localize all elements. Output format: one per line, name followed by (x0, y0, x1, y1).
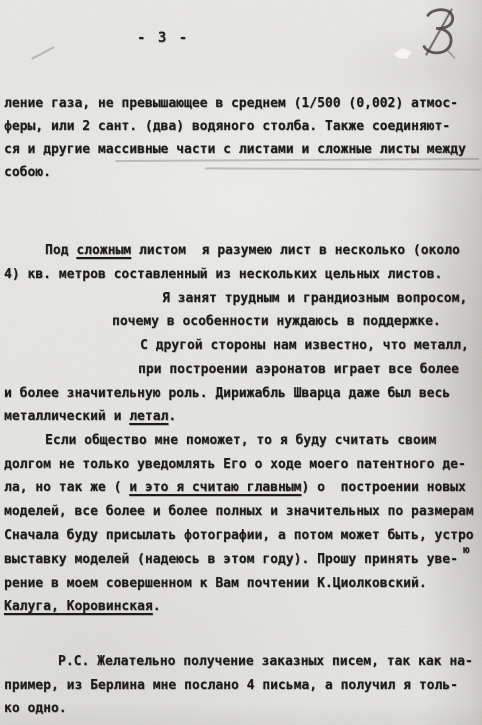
text-segment: 4) кв. метров составленный из нескольких… (4, 267, 442, 282)
text-segment: . (153, 599, 161, 614)
text-line: выставку моделей (надеюсь в этом году). … (4, 552, 458, 568)
text-segment: ление газа, не превышающее в среднем (1/… (4, 96, 458, 111)
text-line: С другой стороны нам известно, что метал… (140, 338, 469, 354)
scanned-letter-page: - 3 - 3 ление газа, не превышающее в сре… (0, 0, 482, 725)
text-line: ся и другие массивные части с листами и … (4, 142, 466, 158)
underlined-text-segment: сложным (76, 243, 131, 258)
text-segment: выставку моделей (надеюсь в этом году). … (4, 552, 458, 567)
text-line: Калуга, Коровинская. (4, 599, 161, 615)
text-line: рение в моем совершенном к Вам почтении … (4, 576, 427, 592)
text-segment: Если общество мне поможет, то я буду счи… (45, 433, 436, 448)
text-segment: почему в особенности нуждаюсь в поддержк… (112, 314, 441, 329)
text-line: собою. (4, 165, 51, 181)
text-segment: феры, или 2 сант. (два) водяного столба.… (4, 119, 450, 134)
text-segment: ла, но так же ( (4, 480, 129, 495)
text-line: Если общество мне поможет, то я буду счи… (45, 433, 436, 449)
underlined-text-segment: и это я считаю главным (129, 480, 301, 495)
text-segment: металлический и (4, 409, 129, 424)
text-segment: рение в моем совершенном к Вам почтении … (4, 576, 427, 591)
text-line: при построении аэронатов играет все боле… (138, 362, 459, 378)
text-segment: собою. (4, 165, 51, 180)
text-segment: моделей, все более и более полных и знач… (4, 504, 474, 519)
text-segment: Под (45, 243, 76, 258)
inserted-char: ю (463, 543, 470, 556)
text-segment: ко одно. (4, 701, 67, 716)
text-segment: при построении аэронатов играет все боле… (138, 362, 459, 377)
text-line: ление газа, не превышающее в среднем (1/… (4, 96, 458, 112)
text-segment: С другой стороны нам известно, что метал… (140, 338, 469, 353)
text-line: ко одно. (4, 701, 67, 717)
text-line: моделей, все более и более полных и знач… (4, 504, 474, 520)
text-line: Сначала буду присылать фотографии, а пот… (4, 528, 474, 544)
text-line: Под сложным листом я разумею лист в неск… (45, 243, 460, 259)
text-line: Р.С. Желательно получение заказных писем… (58, 654, 473, 670)
text-line: Я занят трудным и грандиозным вопросом, (162, 291, 467, 307)
text-segment: Р.С. Желательно получение заказных писем… (58, 654, 473, 669)
text-line: почему в особенности нуждаюсь в поддержк… (112, 314, 441, 330)
text-segment: и более значительную роль. Дирижабль Шва… (4, 386, 450, 401)
text-segment: ) о построении новых (301, 480, 465, 495)
text-segment: ся и другие массивные части с листами и … (4, 142, 466, 157)
text-line: 4) кв. метров составленный из нескольких… (4, 267, 442, 283)
text-segment: пример, из Берлина мне послано 4 письма,… (4, 678, 458, 693)
text-line: металлический и летал. (4, 409, 176, 425)
text-layer: ление газа, не превышающее в среднем (1/… (0, 0, 482, 725)
text-line: феры, или 2 сант. (два) водяного столба.… (4, 119, 450, 135)
text-line: долгом не только уведомлять Его о ходе м… (4, 457, 466, 473)
underlined-text-segment: Калуга, Коровинская (4, 599, 153, 614)
text-segment: долгом не только уведомлять Его о ходе м… (4, 457, 466, 472)
underlined-text-segment: летал (129, 409, 168, 424)
text-line: ла, но так же ( и это я считаю главным) … (4, 480, 466, 496)
text-line: и более значительную роль. Дирижабль Шва… (4, 386, 450, 402)
text-segment: Сначала буду присылать фотографии, а пот… (4, 528, 474, 543)
text-segment: . (168, 409, 176, 424)
text-segment: листом я разумею лист в несколько (около (131, 243, 460, 258)
text-segment: Я занят трудным и грандиозным вопросом, (162, 291, 467, 306)
text-line: пример, из Берлина мне послано 4 письма,… (4, 678, 458, 694)
